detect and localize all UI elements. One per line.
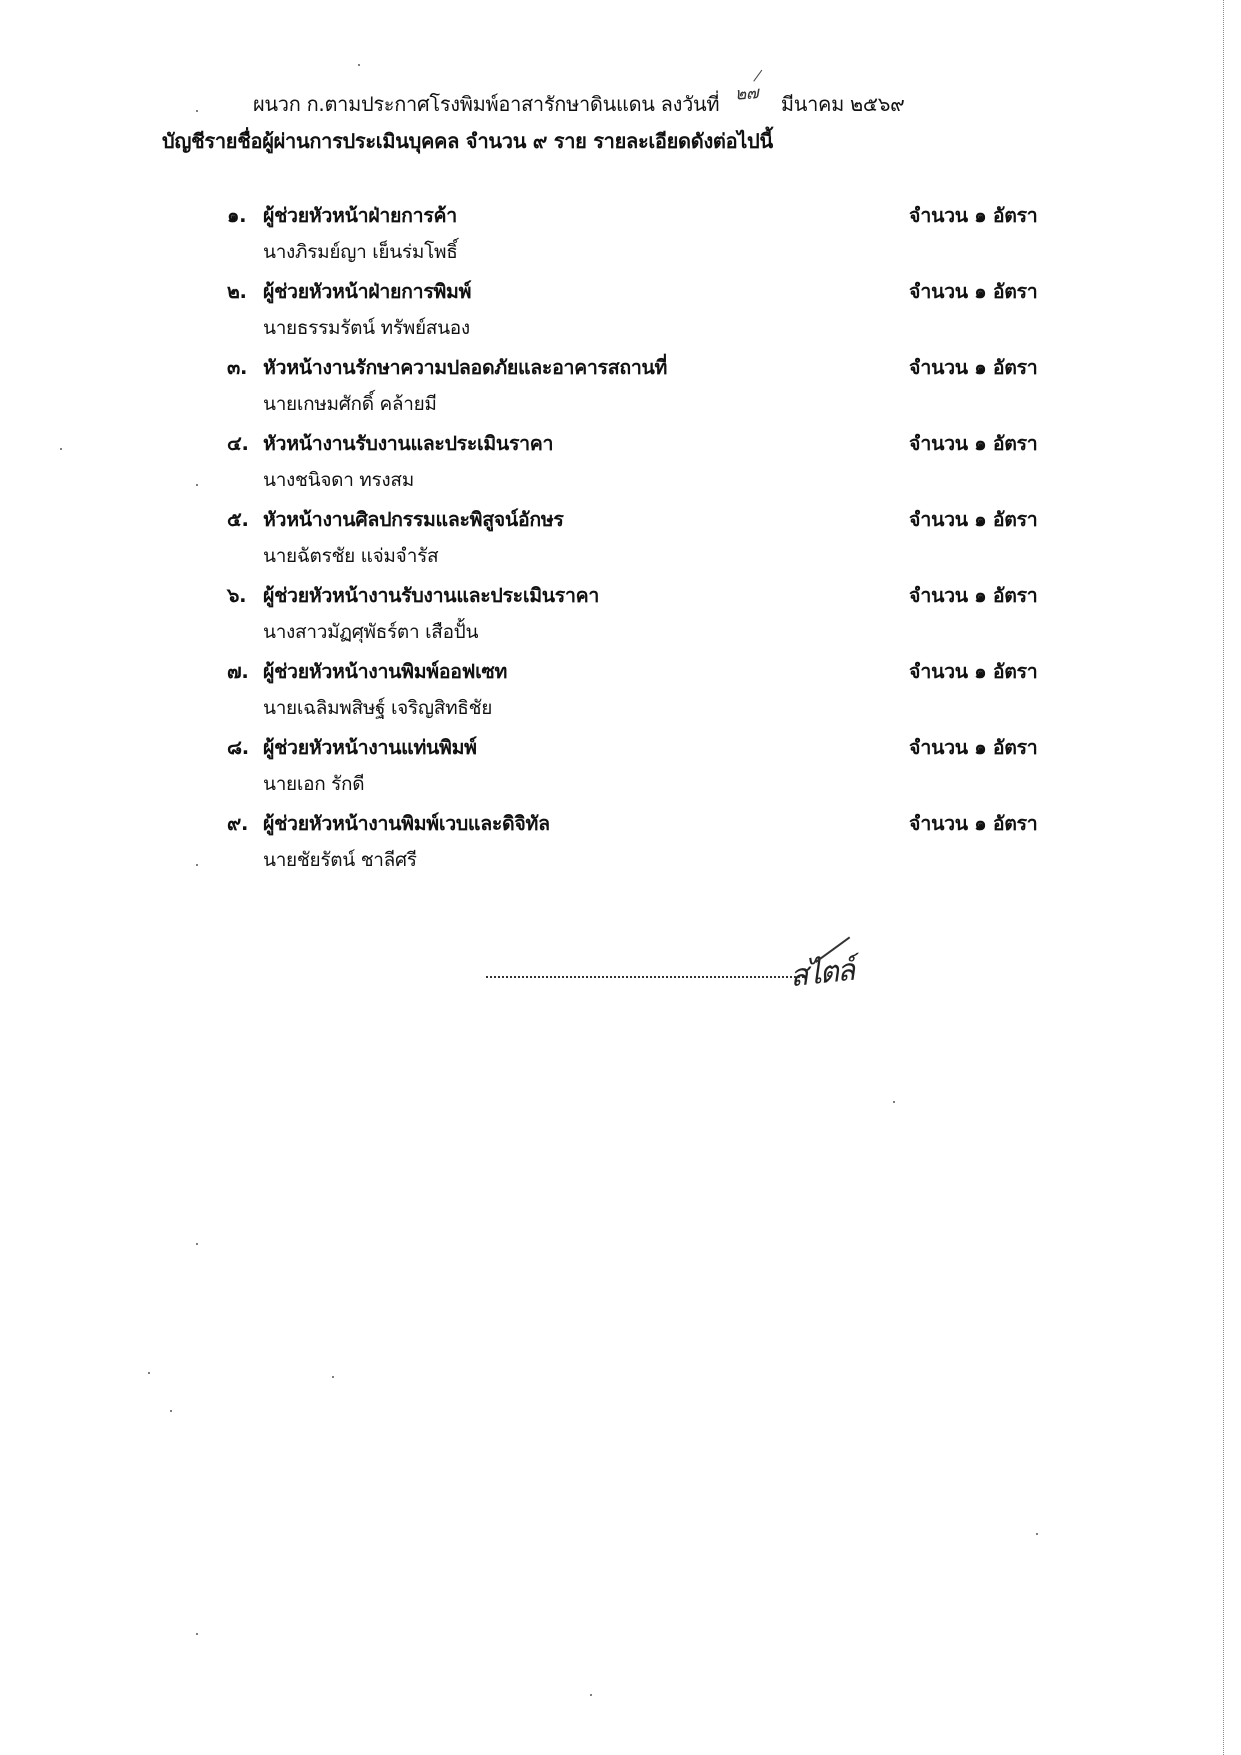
item-number: ๑. [227,200,263,231]
quantity: จำนวน ๑ อัตรา [909,200,1037,231]
position-label: หัวหน้างานรับงานและประเมินราคา [263,432,553,455]
quantity: จำนวน ๑ อัตรา [909,276,1037,307]
item-number: ๙. [227,808,263,839]
item-number: ๓. [227,352,263,383]
item-number: ๖. [227,580,263,611]
item-number: ๗. [227,656,263,687]
quantity: จำนวน ๑ อัตรา [909,732,1037,763]
scan-speck [196,484,198,486]
list-item: ๗.ผู้ช่วยหัวหน้างานพิมพ์ออฟเซท นายเฉลิมพ… [227,656,1067,732]
scan-speck [893,1101,895,1103]
person-name: นายฉัตรชัย แจ่มจำรัส [263,541,438,571]
person-name: นายเกษมศักดิ์ คล้ายมี [263,389,437,419]
quantity: จำนวน ๑ อัตรา [909,428,1037,459]
signature-line [486,976,804,978]
item-number: ๔. [227,428,263,459]
scan-speck [1036,1533,1038,1535]
scan-speck [196,1243,198,1245]
person-name: นายชัยรัตน์ ชาลีศรี [263,845,417,875]
scan-speck [60,448,62,450]
quantity: จำนวน ๑ อัตรา [909,808,1037,839]
position-title: ๒.ผู้ช่วยหัวหน้าฝ่ายการพิมพ์ [227,276,471,307]
handwritten-signature: สไตล์ [788,947,856,1000]
scan-speck [358,64,360,66]
scan-speck [196,110,198,112]
scan-speck [196,1633,198,1635]
scan-edge-artifact [1223,0,1224,1755]
position-title: ๘.ผู้ช่วยหัวหน้างานแท่นพิมพ์ [227,732,477,763]
position-label: ผู้ช่วยหัวหน้างานรับงานและประเมินราคา [263,584,599,607]
quantity: จำนวน ๑ อัตรา [909,580,1037,611]
position-label: ผู้ช่วยหัวหน้าฝ่ายการพิมพ์ [263,280,471,303]
person-name: นางภิรมย์ญา เย็นร่มโพธิ์ [263,237,458,267]
position-label: หัวหน้างานรักษาความปลอดภัยและอาคารสถานที… [263,356,667,379]
item-number: ๒. [227,276,263,307]
item-number: ๘. [227,732,263,763]
header-prefix: ผนวก ก.ตามประกาศโรงพิมพ์อาสารักษาดินแดน … [253,92,719,116]
person-name: นางสาวมัฏศุพัธร์ตา เสือปั้น [263,617,478,647]
scan-speck [332,1376,334,1378]
position-title: ๖.ผู้ช่วยหัวหน้างานรับงานและประเมินราคา [227,580,599,611]
person-name: นายธรรมรัตน์ ทรัพย์สนอง [263,313,470,343]
position-title: ๗.ผู้ช่วยหัวหน้างานพิมพ์ออฟเซท [227,656,507,687]
list-item: ๑.ผู้ช่วยหัวหน้าฝ่ายการค้า นางภิรมย์ญา เ… [227,200,1067,276]
position-label: ผู้ช่วยหัวหน้างานพิมพ์เวบและดิจิทัล [263,812,550,835]
position-title: ๑.ผู้ช่วยหัวหน้าฝ่ายการค้า [227,200,457,231]
quantity: จำนวน ๑ อัตรา [909,352,1037,383]
scan-speck [170,1410,172,1412]
header-line-1: ผนวก ก.ตามประกาศโรงพิมพ์อาสารักษาดินแดน … [253,88,904,120]
item-number: ๕. [227,504,263,535]
position-label: ผู้ช่วยหัวหน้าฝ่ายการค้า [263,204,457,227]
scan-speck [148,1372,150,1374]
person-name: นางชนิจดา ทรงสม [263,465,414,495]
person-name: นายเฉลิมพสิษฐ์ เจริญสิทธิชัย [263,693,492,723]
position-title: ๓.หัวหน้างานรักษาความปลอดภัยและอาคารสถาน… [227,352,667,383]
position-title: ๕.หัวหน้างานศิลปกรรมและพิสูจน์อักษร [227,504,564,535]
list-item: ๖.ผู้ช่วยหัวหน้างานรับงานและประเมินราคา … [227,580,1067,656]
document-page: ผนวก ก.ตามประกาศโรงพิมพ์อาสารักษาดินแดน … [0,0,1241,1755]
scan-speck [590,1694,592,1696]
handwritten-date: ๒๗ [734,79,759,108]
list-item: ๘.ผู้ช่วยหัวหน้างานแท่นพิมพ์ นายเอก รักด… [227,732,1067,808]
position-title: ๙.ผู้ช่วยหัวหน้างานพิมพ์เวบและดิจิทัล [227,808,550,839]
quantity: จำนวน ๑ อัตรา [909,656,1037,687]
list-item: ๙.ผู้ช่วยหัวหน้างานพิมพ์เวบและดิจิทัล นา… [227,808,1067,884]
scan-speck [196,864,198,866]
position-title: ๔.หัวหน้างานรับงานและประเมินราคา [227,428,553,459]
list-item: ๕.หัวหน้างานศิลปกรรมและพิสูจน์อักษร นายฉ… [227,504,1067,580]
quantity: จำนวน ๑ อัตรา [909,504,1037,535]
header-suffix: มีนาคม ๒๕๖๙ [781,92,905,116]
list-item: ๒.ผู้ช่วยหัวหน้าฝ่ายการพิมพ์ นายธรรมรัตน… [227,276,1067,352]
person-name: นายเอก รักดี [263,769,364,799]
header-line-2: บัญชีรายชื่อผู้ผ่านการประเมินบุคคล จำนวน… [162,125,773,157]
position-label: หัวหน้างานศิลปกรรมและพิสูจน์อักษร [263,508,564,531]
candidate-list: ๑.ผู้ช่วยหัวหน้าฝ่ายการค้า นางภิรมย์ญา เ… [227,200,1067,884]
position-label: ผู้ช่วยหัวหน้างานพิมพ์ออฟเซท [263,660,507,683]
position-label: ผู้ช่วยหัวหน้างานแท่นพิมพ์ [263,736,477,759]
list-item: ๓.หัวหน้างานรักษาความปลอดภัยและอาคารสถาน… [227,352,1067,428]
list-item: ๔.หัวหน้างานรับงานและประเมินราคา นางชนิจ… [227,428,1067,504]
